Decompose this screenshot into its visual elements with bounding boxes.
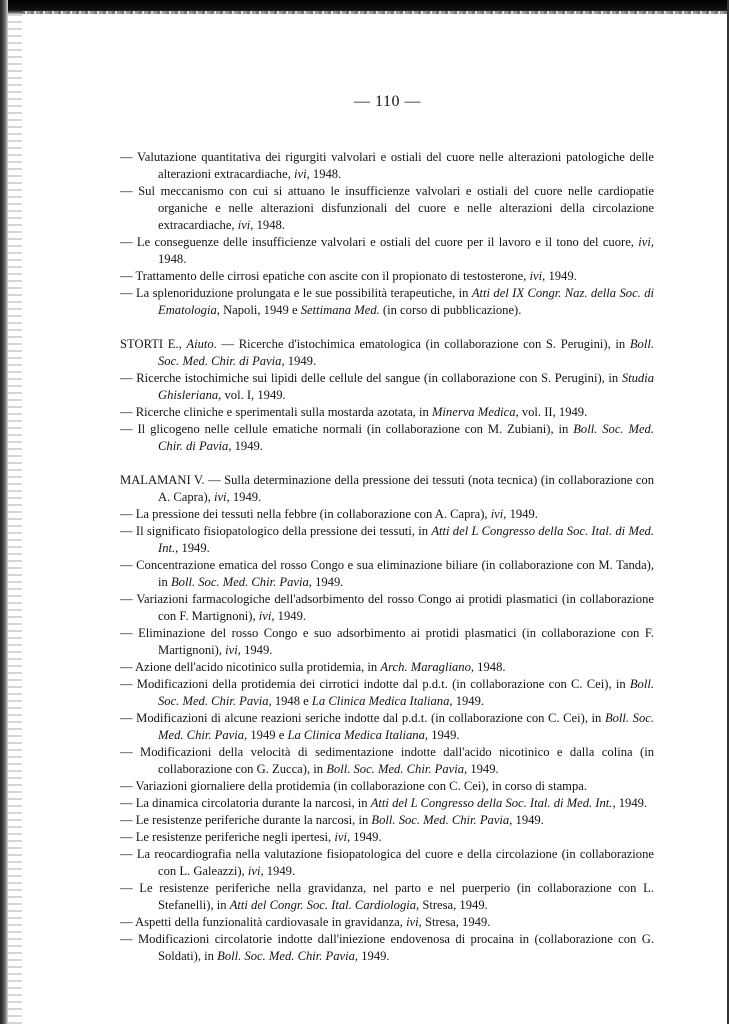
section-malamani: MALAMANI V. — Sulla determinazione della… [120,472,654,965]
citation-text: — Aspetti della funzionalità cardiovasal… [120,915,406,929]
bibliography-entry: — Modificazioni della velocità di sedime… [120,744,654,778]
citation-text: STORTI E., [120,337,186,351]
citation-text: vol. I, 1949. [221,388,285,402]
citation-text: — Il glicogeno nelle cellule ematiche no… [120,422,573,436]
bibliography-entry: — Eliminazione del rosso Congo e suo ads… [120,625,654,659]
citation-text: 1948. [253,218,284,232]
citation-text: — Valutazione quantitativa dei rigurgiti… [120,150,654,181]
citation-text: 1948 e [272,694,312,708]
bibliography-entry: — La pressione dei tessuti nella febbre … [120,506,654,523]
citation-source: Arch. Maragliano, [380,660,474,674]
scan-border-left [0,0,8,1024]
citation-text: — Modificazioni della protidemia dei cir… [120,677,630,691]
citation-text: 1949. [312,575,343,589]
citation-text: 1948. [158,252,186,266]
citation-text: 1949. [350,830,381,844]
bibliography-entry: — La splenoriduzione prolungata e le sue… [120,285,654,319]
citation-text: 1948. [474,660,505,674]
citation-source: La Clinica Medica Italiana, [312,694,453,708]
citation-text: (in corso di pubblicazione). [380,303,522,317]
bibliography-entry: MALAMANI V. — Sulla determinazione della… [120,472,654,506]
citation-source: ivi, [259,609,275,623]
citation-text: 1948. [310,167,341,181]
bibliography-entry: — Concentrazione ematica del rosso Congo… [120,557,654,591]
citation-source: Boll. Soc. Med. Chir. Pavia, [371,813,512,827]
citation-text: — Ricerche cliniche e sperimentali sulla… [120,405,432,419]
citation-text: — Sul meccanismo con cui si attuano le i… [120,184,654,232]
citation-text: 1949. [178,541,209,555]
citation-text: — Variazioni giornaliere della protidemi… [120,779,587,793]
citation-text: — La dinamica circolatoria durante la na… [120,796,371,810]
section-storti: STORTI E., Aiuto. — Ricerche d'istochimi… [120,336,654,455]
citation-text: — Le conseguenze delle insufficienze val… [120,235,638,249]
citation-text: — Eliminazione del rosso Congo e suo ads… [120,626,654,657]
bibliography-entry: — Trattamento delle cirrosi epatiche con… [120,268,654,285]
citation-text: 1949. [467,762,498,776]
citation-text: 1949. [241,643,272,657]
bibliography-entry: — Aspetti della funzionalità cardiovasal… [120,914,654,931]
citation-text: — Azione dell'acido nicotinico sulla pro… [120,660,380,674]
citation-text: — Variazioni farmacologiche dell'adsorbi… [120,592,654,623]
citation-text: 1949. [506,507,537,521]
scan-border-left-noise [8,10,22,1024]
citation-text: 1949. [264,864,295,878]
bibliography-entry: — Il significato fisiopatologico della p… [120,523,654,557]
citation-text: — Trattamento delle cirrosi epatiche con… [120,269,530,283]
citation-text: 1949 e [247,728,287,742]
citation-text: — Modificazioni di alcune reazioni seric… [120,711,605,725]
citation-text: MALAMANI V. — Sulla determinazione della… [120,473,654,504]
bibliography-entry: — Le conseguenze delle insufficienze val… [120,234,654,268]
citation-source: ivi, [214,490,230,504]
bibliography-entry: — La reocardiografia nella valutazione f… [120,846,654,880]
section-previous-author: — Valutazione quantitativa dei rigurgiti… [120,149,654,319]
citation-source: La Clinica Medica Italiana, [287,728,428,742]
citation-text: vol. II, 1949. [519,405,588,419]
citation-text: 1949. [285,354,316,368]
bibliography-entry: — Variazioni farmacologiche dell'adsorbi… [120,591,654,625]
citation-text: Stresa, 1949. [422,915,491,929]
citation-text: Stresa, 1949. [419,898,488,912]
citation-text: — La pressione dei tessuti nella febbre … [120,507,491,521]
bibliography-list: — Valutazione quantitativa dei rigurgiti… [120,149,654,982]
bibliography-entry: — Le resistenze periferiche negli iperte… [120,829,654,846]
bibliography-entry: — Modificazioni di alcune reazioni seric… [120,710,654,744]
citation-text: 1949. [275,609,306,623]
bibliography-entry: — Azione dell'acido nicotinico sulla pro… [120,659,654,676]
citation-text: — Ricerche d'istochimica ematologica (in… [217,337,630,351]
citation-source: Boll. Soc. Med. Chir. Pavia, [326,762,467,776]
citation-source: Aiuto. [186,337,216,351]
citation-source: Minerva Medica, [432,405,519,419]
bibliography-entry: STORTI E., Aiuto. — Ricerche d'istochimi… [120,336,654,370]
citation-source: ivi, [406,915,422,929]
page-number: — 110 — [0,93,729,111]
citation-source: Boll. Soc. Med. Chir. Pavia, [171,575,312,589]
citation-text: — Ricerche istochimiche sui lipidi delle… [120,371,622,385]
bibliography-entry: — Modificazioni circolatorie indotte dal… [120,931,654,965]
citation-source: ivi, [248,864,264,878]
citation-text: Napoli, 1949 e [220,303,301,317]
citation-text: 1949. [230,490,261,504]
citation-source: ivi, [491,507,507,521]
citation-source: Settimana Med. [301,303,380,317]
citation-text: 1949. [616,796,647,810]
bibliography-entry: — Modificazioni della protidemia dei cir… [120,676,654,710]
bibliography-entry: — Il glicogeno nelle cellule ematiche no… [120,421,654,455]
citation-source: ivi, [225,643,241,657]
bibliography-entry: — Le resistenze periferiche nella gravid… [120,880,654,914]
citation-text: — La reocardiografia nella valutazione f… [120,847,654,878]
citation-text: 1949. [231,439,262,453]
bibliography-entry: — Valutazione quantitativa dei rigurgiti… [120,149,654,183]
citation-source: ivi, [530,269,546,283]
citation-source: ivi, [638,235,654,249]
citation-text: — Le resistenze periferiche durante la n… [120,813,371,827]
citation-source: Atti del Congr. Soc. Ital. Cardiologia, [230,898,420,912]
bibliography-entry: — Sul meccanismo con cui si attuano le i… [120,183,654,234]
bibliography-entry: — La dinamica circolatoria durante la na… [120,795,654,812]
citation-text: 1949. [453,694,484,708]
citation-source: ivi, [334,830,350,844]
citation-text: — Le resistenze periferiche negli iperte… [120,830,334,844]
citation-text: — Il significato fisiopatologico della p… [120,524,431,538]
bibliography-entry: — Ricerche cliniche e sperimentali sulla… [120,404,654,421]
citation-text: 1949. [512,813,543,827]
citation-text: 1949. [545,269,576,283]
bibliography-entry: — Variazioni giornaliere della protidemi… [120,778,654,795]
bibliography-entry: — Ricerche istochimiche sui lipidi delle… [120,370,654,404]
bibliography-entry: — Le resistenze periferiche durante la n… [120,812,654,829]
citation-source: ivi, [294,167,310,181]
citation-source: ivi, [238,218,254,232]
citation-text: 1949. [428,728,459,742]
citation-text: 1949. [358,949,389,963]
scan-border-top-edge [22,11,729,14]
citation-text: — La splenoriduzione prolungata e le sue… [120,286,472,300]
citation-source: Atti del L Congresso della Soc. Ital. di… [371,796,616,810]
citation-source: Boll. Soc. Med. Chir. Pavia, [217,949,358,963]
